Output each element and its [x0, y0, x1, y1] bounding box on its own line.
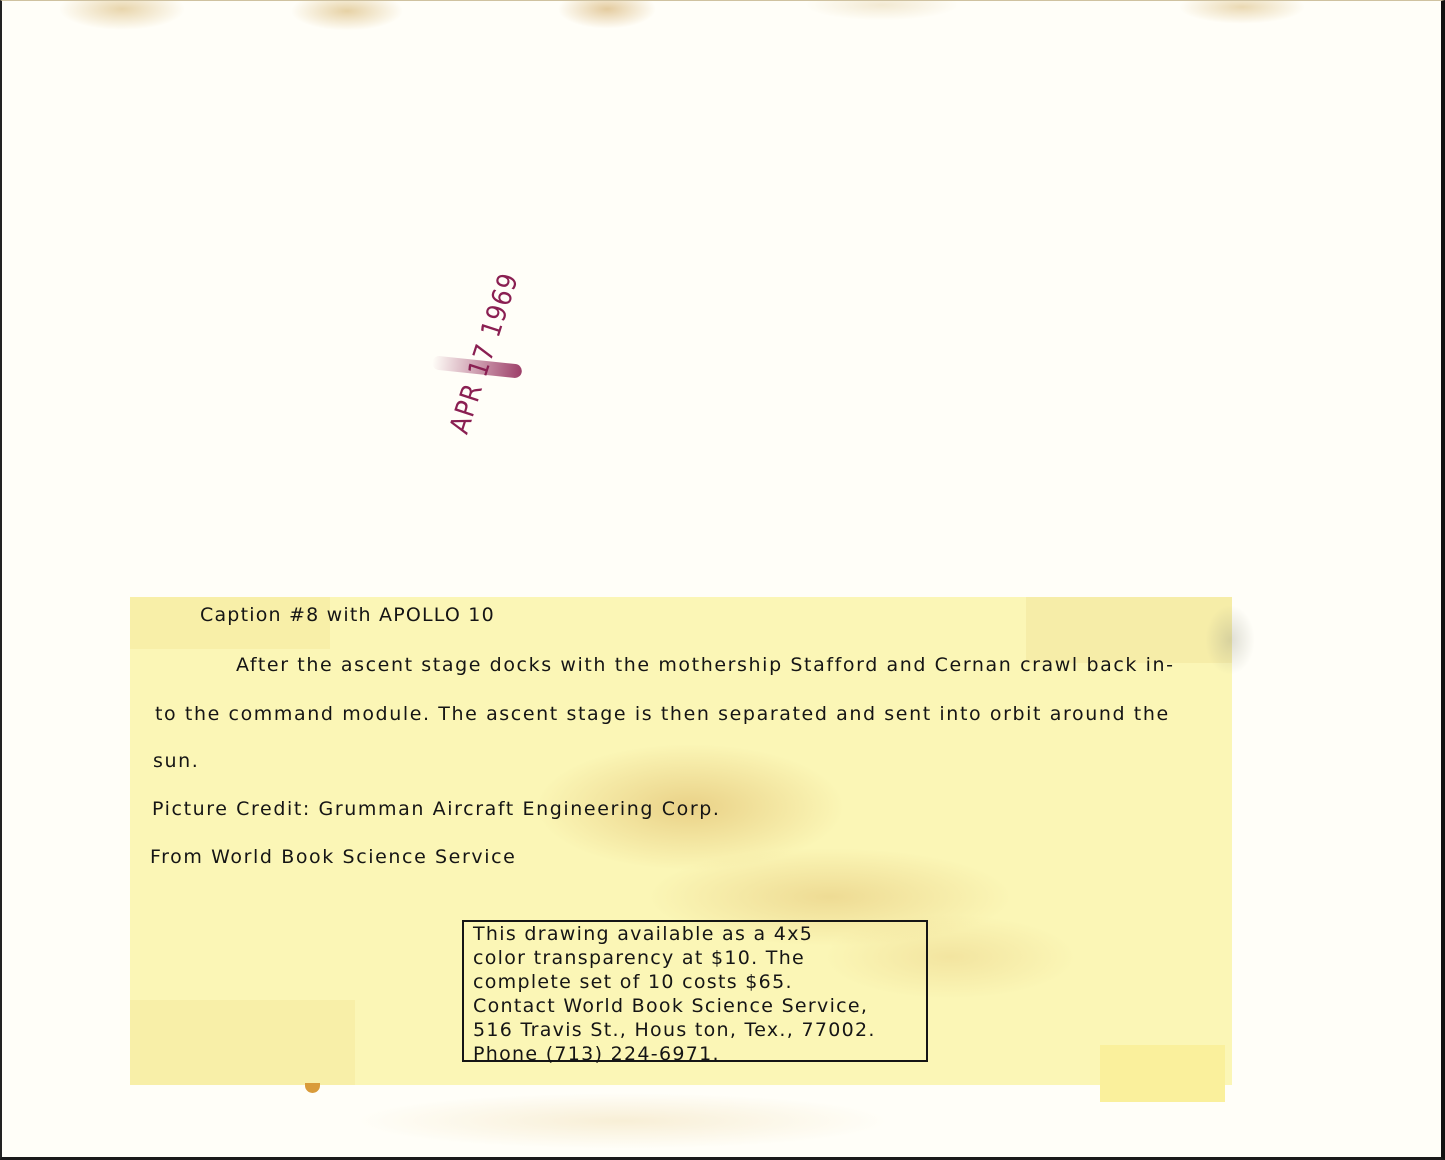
- caption-body-line: sun.: [153, 750, 199, 772]
- smudge-mark: [1205, 605, 1255, 675]
- tape-bottom-right: [1100, 1045, 1225, 1102]
- offer-line: complete set of 10 costs $65.: [473, 970, 926, 994]
- offer-box: This drawing available as a 4x5 color tr…: [462, 920, 928, 1062]
- offer-line: Phone (713) 224-6971.: [473, 1042, 926, 1066]
- offer-line: 516 Travis St., Hous ton, Tex., 77002.: [473, 1018, 926, 1042]
- source-line: From World Book Science Service: [150, 846, 516, 868]
- caption-body-line: After the ascent stage docks with the mo…: [236, 654, 1175, 676]
- tape-bottom-left: [130, 1000, 355, 1085]
- offer-line: Contact World Book Science Service,: [473, 994, 926, 1018]
- picture-credit: Picture Credit: Grumman Aircraft Enginee…: [152, 798, 721, 820]
- offer-line: color transparency at $10. The: [473, 946, 926, 970]
- caption-title: Caption #8 with APOLLO 10: [200, 604, 495, 626]
- offer-line: This drawing available as a 4x5: [473, 922, 926, 946]
- caption-body-line: to the command module. The ascent stage …: [155, 703, 1170, 725]
